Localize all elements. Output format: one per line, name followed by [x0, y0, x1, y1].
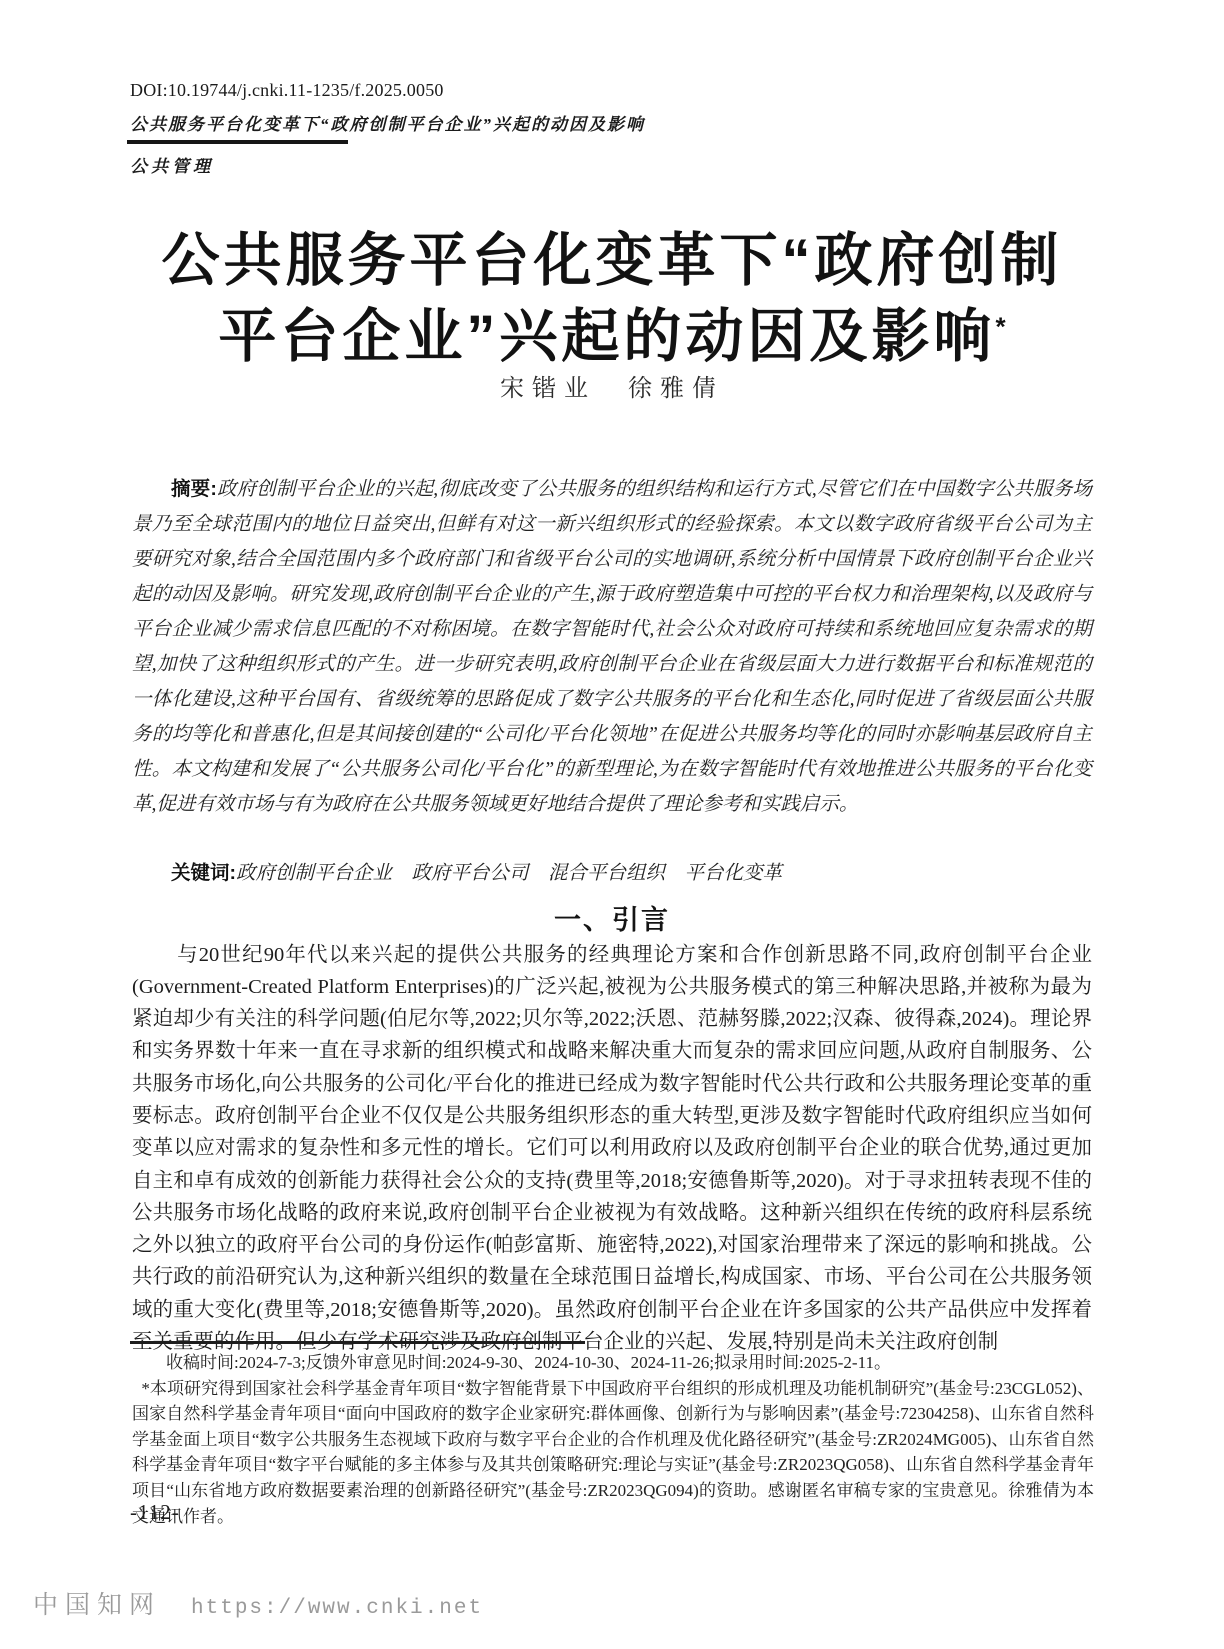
title-footnote-marker: *	[995, 312, 1005, 342]
title-line-2: 平台企业”兴起的动因及影响	[218, 304, 995, 369]
footnote-rule	[130, 1341, 585, 1344]
abstract-label: 摘要:	[171, 478, 217, 500]
page-number: -112-	[130, 1500, 180, 1525]
abstract-text: 政府创制平台企业的兴起,彻底改变了公共服务的组织结构和运行方式,尽管它们在中国数…	[132, 479, 1092, 815]
article-title: 公共服务平台化变革下“政府创制 平台企业”兴起的动因及影响*	[62, 223, 1162, 375]
footnote-dates: 收稿时间:2024-7-3;反馈外审意见时间:2024-9-30、2024-10…	[132, 1350, 1094, 1376]
doi-text: DOI:10.19744/j.cnki.11-1235/f.2025.0050	[130, 80, 444, 101]
footnotes-block: 收稿时间:2024-7-3;反馈外审意见时间:2024-9-30、2024-10…	[132, 1350, 1094, 1529]
running-title: 公共服务平台化变革下“政府创制平台企业”兴起的动因及影响	[130, 110, 645, 135]
title-line-1: 公共服务平台化变革下“政府创制	[161, 228, 1062, 293]
abstract-paragraph: 摘要:政府创制平台企业的兴起,彻底改变了公共服务的组织结构和运行方式,尽管它们在…	[132, 472, 1092, 822]
section-heading-introduction: 一、引言	[132, 898, 1092, 937]
keywords-label: 关键词:	[171, 862, 236, 884]
header-rule	[127, 140, 348, 144]
cnki-brand: 中国知网	[33, 1585, 161, 1621]
journal-page: DOI:10.19744/j.cnki.11-1235/f.2025.0050 …	[0, 0, 1224, 1649]
introduction-paragraph: 与20世纪90年代以来兴起的提供公共服务的经典理论方案和合作创新思路不同,政府创…	[132, 939, 1092, 1359]
authors: 宋锴业 徐雅倩	[132, 368, 1092, 403]
keywords-line: 关键词:政府创制平台企业 政府平台公司 混合平台组织 平台化变革	[132, 858, 1092, 889]
cnki-url: https://www.cnki.net	[191, 1597, 483, 1620]
footnote-funding: *本项研究得到国家社会科学基金青年项目“数字智能背景下中国政府平台组织的形成机理…	[132, 1376, 1094, 1530]
keywords-text: 政府创制平台企业 政府平台公司 混合平台组织 平台化变革	[236, 863, 782, 884]
watermark: 中国知网 https://www.cnki.net	[33, 1585, 483, 1621]
column-label: 公共管理	[130, 152, 214, 177]
